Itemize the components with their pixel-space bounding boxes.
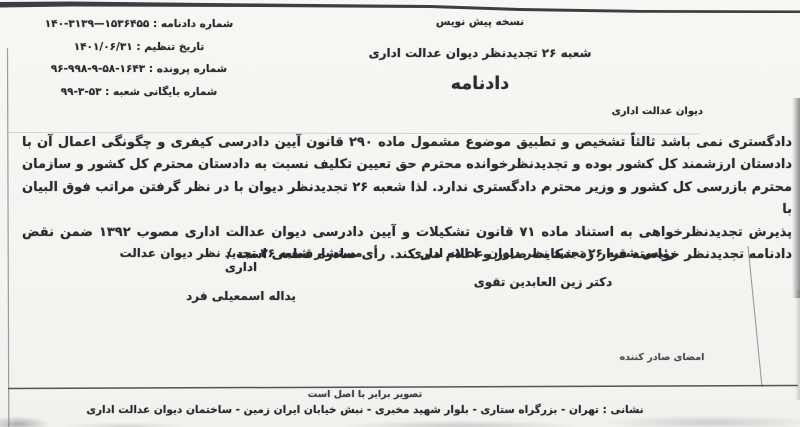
- field-separator: :: [133, 41, 145, 53]
- field-separator: :: [149, 18, 161, 30]
- field-separator: :: [145, 63, 157, 75]
- scan-smudge: [340, 420, 580, 427]
- field-value: ۹۶-۹۹۸-۹-۵۸-۱۶۴۳: [51, 63, 145, 75]
- field-label: شماره بایگانی شعبه: [113, 86, 217, 98]
- certified-copy-note: تصویر برابر با اصل است: [40, 389, 690, 400]
- field-issue-date: تاریخ تنظیم : ۱۴۰۱/۰۶/۳۱: [28, 36, 250, 59]
- scanned-judgment-document: شماره دادنامه : ۱۴۰-۳۱۳۹—۱۵۳۶۴۵۵ تاریخ ت…: [0, 0, 800, 427]
- branch-title: شعبه ۲۶ تجدیدنظر دیوان عدالت اداری: [280, 46, 680, 60]
- case-numbers-block: شماره دادنامه : ۱۴۰-۳۱۳۹—۱۵۳۶۴۵۵ تاریخ ت…: [28, 13, 250, 103]
- paragraph-line: پذیرش تجدیدنظرخواهی به استناد ماده ۷۱ قا…: [22, 222, 792, 244]
- paragraph-line: محترم بازرسی کل کشور و وزیر محترم دادگست…: [22, 177, 792, 222]
- field-judgment-number: شماره دادنامه : ۱۴۰-۳۱۳۹—۱۵۳۶۴۵۵: [28, 13, 250, 36]
- field-separator: :: [102, 86, 114, 98]
- paragraph-line: دادگستری نمی باشد ثالثاً تشخیص و تطبیق م…: [22, 132, 792, 154]
- field-label: شماره دادنامه: [161, 18, 233, 30]
- signature-block-president: رئیس شعبه ۲۶ تجدید نظر دیوان عدالت اداری…: [402, 246, 684, 289]
- signatory-title: رئیس شعبه ۲۶ تجدید نظر دیوان عدالت اداری: [402, 246, 684, 260]
- document-title: دادنامه: [280, 74, 680, 94]
- scan-smudge: [60, 422, 190, 427]
- paragraph-line: دادستان ارزشمند کل کشور بوده و تجدیدنظرخ…: [22, 154, 792, 176]
- signatory-name: یداله اسمعیلی فرد: [103, 289, 379, 303]
- scan-smudge: [600, 415, 800, 427]
- field-value: ۱۴۰-۳۱۳۹—۱۵۳۶۴۵۵: [45, 18, 150, 30]
- signature-block-counselor: مستشار شعبه ۲۶ تجدید نظر دیوان عدالت ادا…: [103, 246, 379, 303]
- field-value: ۱۴۰۱/۰۶/۳۱: [74, 41, 133, 53]
- field-case-number: شماره پرونده : ۹۶-۹۹۸-۹-۵۸-۱۶۴۳: [28, 58, 250, 81]
- field-label: تاریخ تنظیم: [144, 41, 204, 53]
- court-address: نشانی : تهران - بزرگراه ستاری - بلوار شه…: [40, 404, 690, 416]
- field-value: ۹۹-۳-۵۳: [61, 86, 102, 98]
- signatory-title: مستشار شعبه ۲۶ تجدید نظر دیوان عدالت ادا…: [103, 246, 379, 274]
- draft-copy-label: نسخه پیش نویس: [280, 16, 680, 28]
- signatory-name: دکتر زین العابدین تقوی: [402, 275, 684, 289]
- field-label: شماره پرونده: [157, 63, 227, 75]
- issuer-signature-label: امضای صادر کننده: [612, 352, 712, 363]
- field-branch-archive-number: شماره بایگانی شعبه : ۹۹-۳-۵۳: [28, 81, 250, 104]
- court-label: دیوان عدالت اداری: [612, 106, 703, 117]
